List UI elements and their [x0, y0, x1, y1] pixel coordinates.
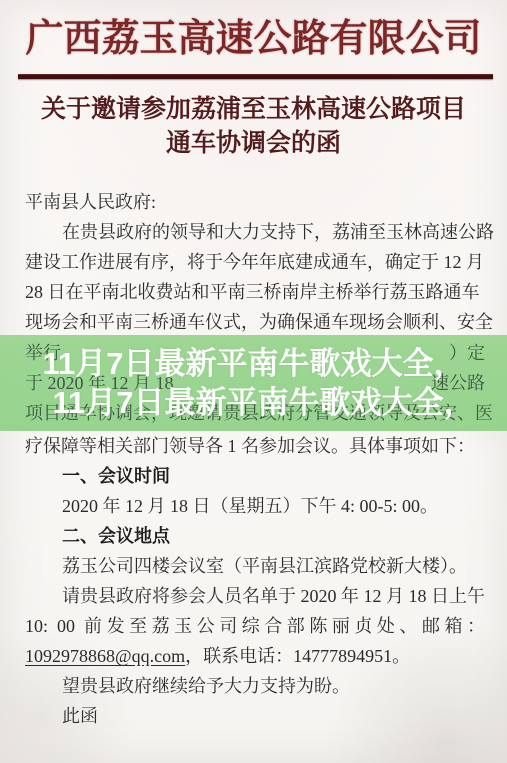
- doc-line: 在贵县政府的领导和大力支持下，荔浦至玉林高速公路: [25, 217, 485, 247]
- doc-line: 28 日在平南北收费站和平南三桥南岸主桥举行荔玉路通车: [25, 277, 485, 307]
- doc-line: 疗保障等相关部门领导各 1 名参加会议。具体事项如下：: [25, 431, 485, 461]
- occluded-fragment-left: 于 2020 年 12 月 18: [25, 368, 174, 398]
- document-title-line1: 关于邀请参加荔浦至玉林高速公路项目: [0, 93, 507, 127]
- section-heading-meeting-place: 二、会议地点: [25, 521, 485, 551]
- doc-line: 请贵县政府将参会人员名单于 2020 年 12 月 18 日上午: [25, 581, 485, 611]
- watermark-band: 举行 ）定 于 2020 年 12 月 18 速公路 项目通车协调会，现邀请贵县…: [0, 335, 507, 431]
- doc-line: 现场会和平南三桥通车仪式，为确保通车现场会顺利、安全: [25, 307, 485, 337]
- contact-phone-number: 14777894951: [293, 646, 392, 666]
- closing-line: 望贵县政府继续给予大力支持为盼。: [25, 671, 485, 701]
- letterhead-company-name: 广西荔玉高速公路有限公司: [10, 15, 497, 63]
- doc-line: 10: 00 前发至荔玉公司综合部陈丽贞处、邮箱：: [25, 611, 485, 641]
- letterhead-divider-rule: [18, 74, 493, 79]
- doc-line: 建设工作进展有序，将于今年年底建成通车，确定于 12 月: [25, 247, 485, 277]
- occluded-fragment-right: ）定: [449, 338, 485, 368]
- occluded-fragment-right: 速公路: [431, 368, 485, 398]
- contact-email: 1092978868@qq.com: [25, 646, 185, 666]
- occluded-doc-line: 于 2020 年 12 月 18 速公路: [25, 368, 485, 398]
- occluded-fragment-left: 举行: [25, 338, 61, 368]
- document-body: 平南县人民政府: 在贵县政府的领导和大力支持下，荔浦至玉林高速公路 建设工作进展…: [0, 187, 507, 731]
- contact-line-period: 。: [392, 646, 410, 666]
- closing-line: 此函: [25, 701, 485, 731]
- salutation-line: 平南县人民政府:: [25, 187, 485, 217]
- meeting-place-value: 荔玉公司四楼会议室（平南县江滨路党校新大楼）。: [25, 551, 485, 581]
- contact-phone-label: ，联系电话：: [185, 646, 293, 666]
- section-heading-meeting-time: 一、会议时间: [25, 461, 485, 491]
- meeting-time-value: 2020 年 12 月 18 日（星期五）下午 4: 00-5: 00。: [25, 491, 485, 521]
- occluded-doc-line: 项目通车协调会，现邀请贵县政府分管交通领导及公安、医: [25, 398, 485, 428]
- contact-line: 1092978868@qq.com，联系电话：14777894951。: [25, 641, 485, 671]
- document-title: 关于邀请参加荔浦至玉林高速公路项目 通车协调会的函: [0, 93, 507, 161]
- document-title-line2: 通车协调会的函: [0, 127, 507, 161]
- occluded-doc-line: 举行 ）定: [25, 338, 485, 368]
- document-photo: 广西荔玉高速公路有限公司 关于邀请参加荔浦至玉林高速公路项目 通车协调会的函 平…: [0, 0, 507, 763]
